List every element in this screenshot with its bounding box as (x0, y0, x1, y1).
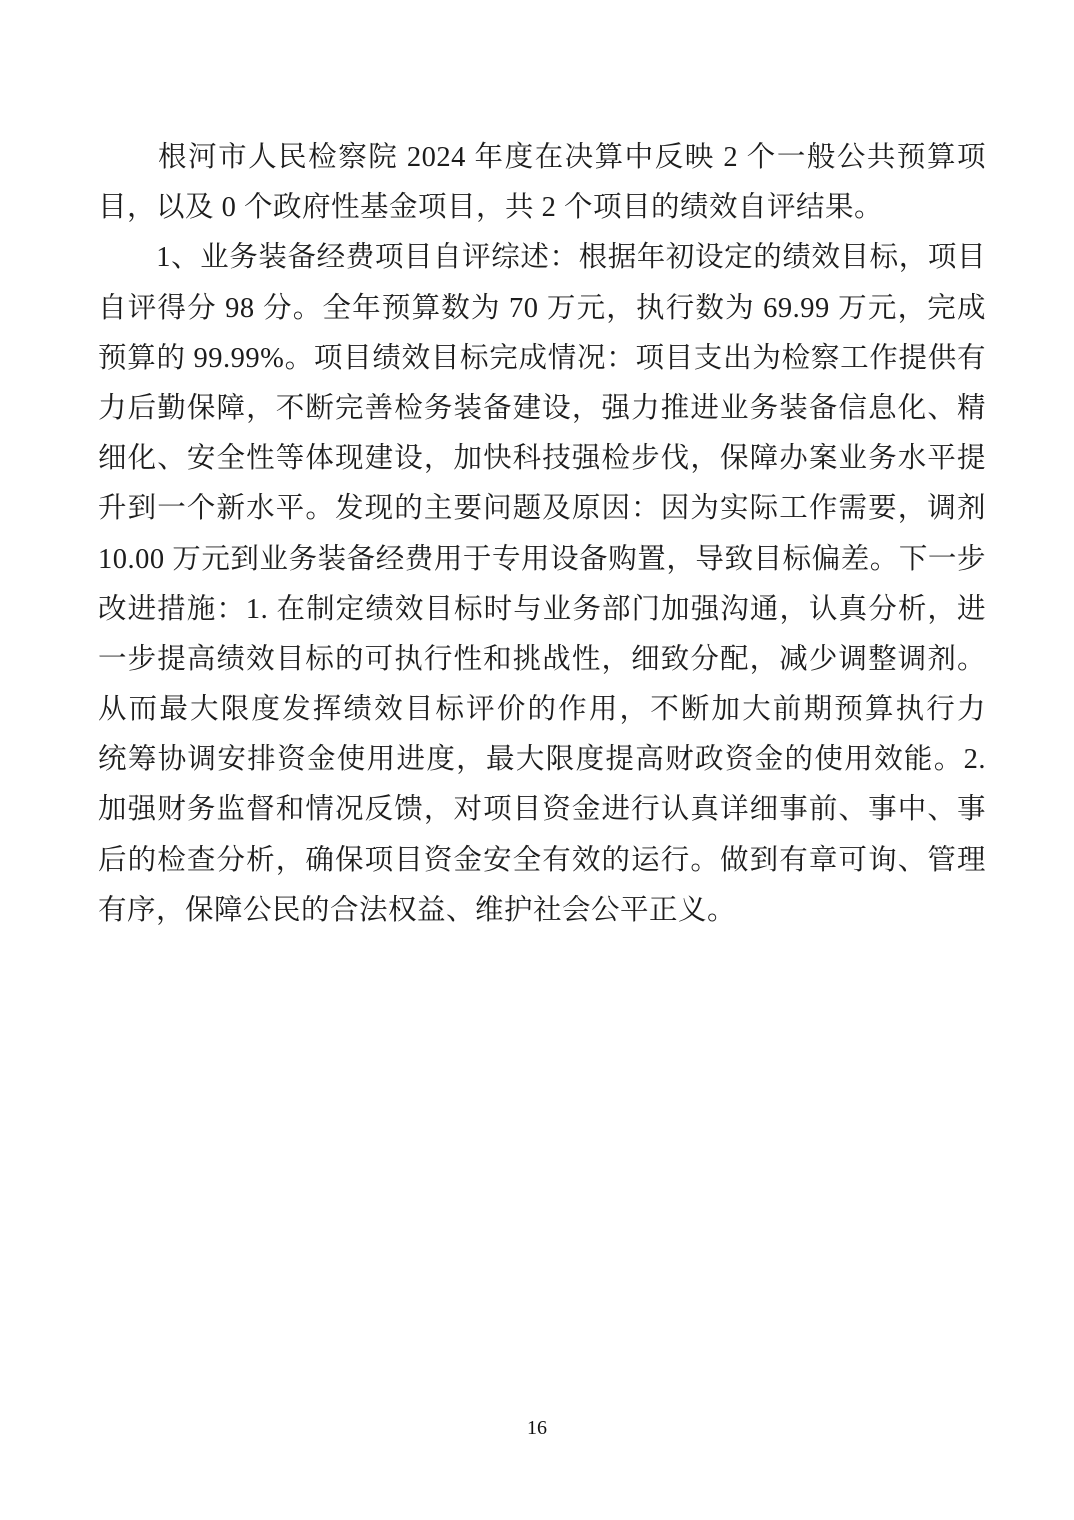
text-line: 加强财务监督和情况反馈，对项目资金进行认真详细事前、事中、事 (98, 785, 986, 835)
page-number: 16 (0, 1417, 1074, 1440)
text-line: 根河市人民检察院 2024 年度在决算中反映 2 个一般公共预算项 (98, 133, 986, 183)
text-line: 有序，保障公民的合法权益、维护社会公平正义。 (98, 886, 986, 936)
text-line: 细化、安全性等体现建设，加快科技强检步伐，保障办案业务水平提 (98, 434, 986, 484)
text-line: 1、业务装备经费项目自评综述：根据年初设定的绩效目标，项目 (98, 233, 986, 283)
text-line: 一步提高绩效目标的可执行性和挑战性，细致分配，减少调整调剂。 (98, 635, 986, 685)
text-line: 自评得分 98 分。全年预算数为 70 万元，执行数为 69.99 万元，完成 (98, 284, 986, 334)
text-line: 目，以及 0 个政府性基金项目，共 2 个项目的绩效自评结果。 (98, 183, 986, 233)
body-text: 根河市人民检察院 2024 年度在决算中反映 2 个一般公共预算项 目，以及 0… (98, 133, 986, 936)
text-line: 后的检查分析，确保项目资金安全有效的运行。做到有章可询、管理 (98, 836, 986, 886)
text-line: 预算的 99.99%。项目绩效目标完成情况：项目支出为检察工作提供有 (98, 334, 986, 384)
text-line: 10.00 万元到业务装备经费用于专用设备购置，导致目标偏差。下一步 (98, 535, 986, 585)
text-line: 从而最大限度发挥绩效目标评价的作用，不断加大前期预算执行力度， (98, 685, 986, 735)
text-line: 力后勤保障，不断完善检务装备建设，强力推进业务装备信息化、精 (98, 384, 986, 434)
text-line: 改进措施：1. 在制定绩效目标时与业务部门加强沟通，认真分析，进 (98, 585, 986, 635)
text-line: 升到一个新水平。发现的主要问题及原因：因为实际工作需要，调剂 (98, 484, 986, 534)
text-line: 统筹协调安排资金使用进度，最大限度提高财政资金的使用效能。2. (98, 735, 986, 785)
document-page: 根河市人民检察院 2024 年度在决算中反映 2 个一般公共预算项 目，以及 0… (0, 0, 1074, 1520)
